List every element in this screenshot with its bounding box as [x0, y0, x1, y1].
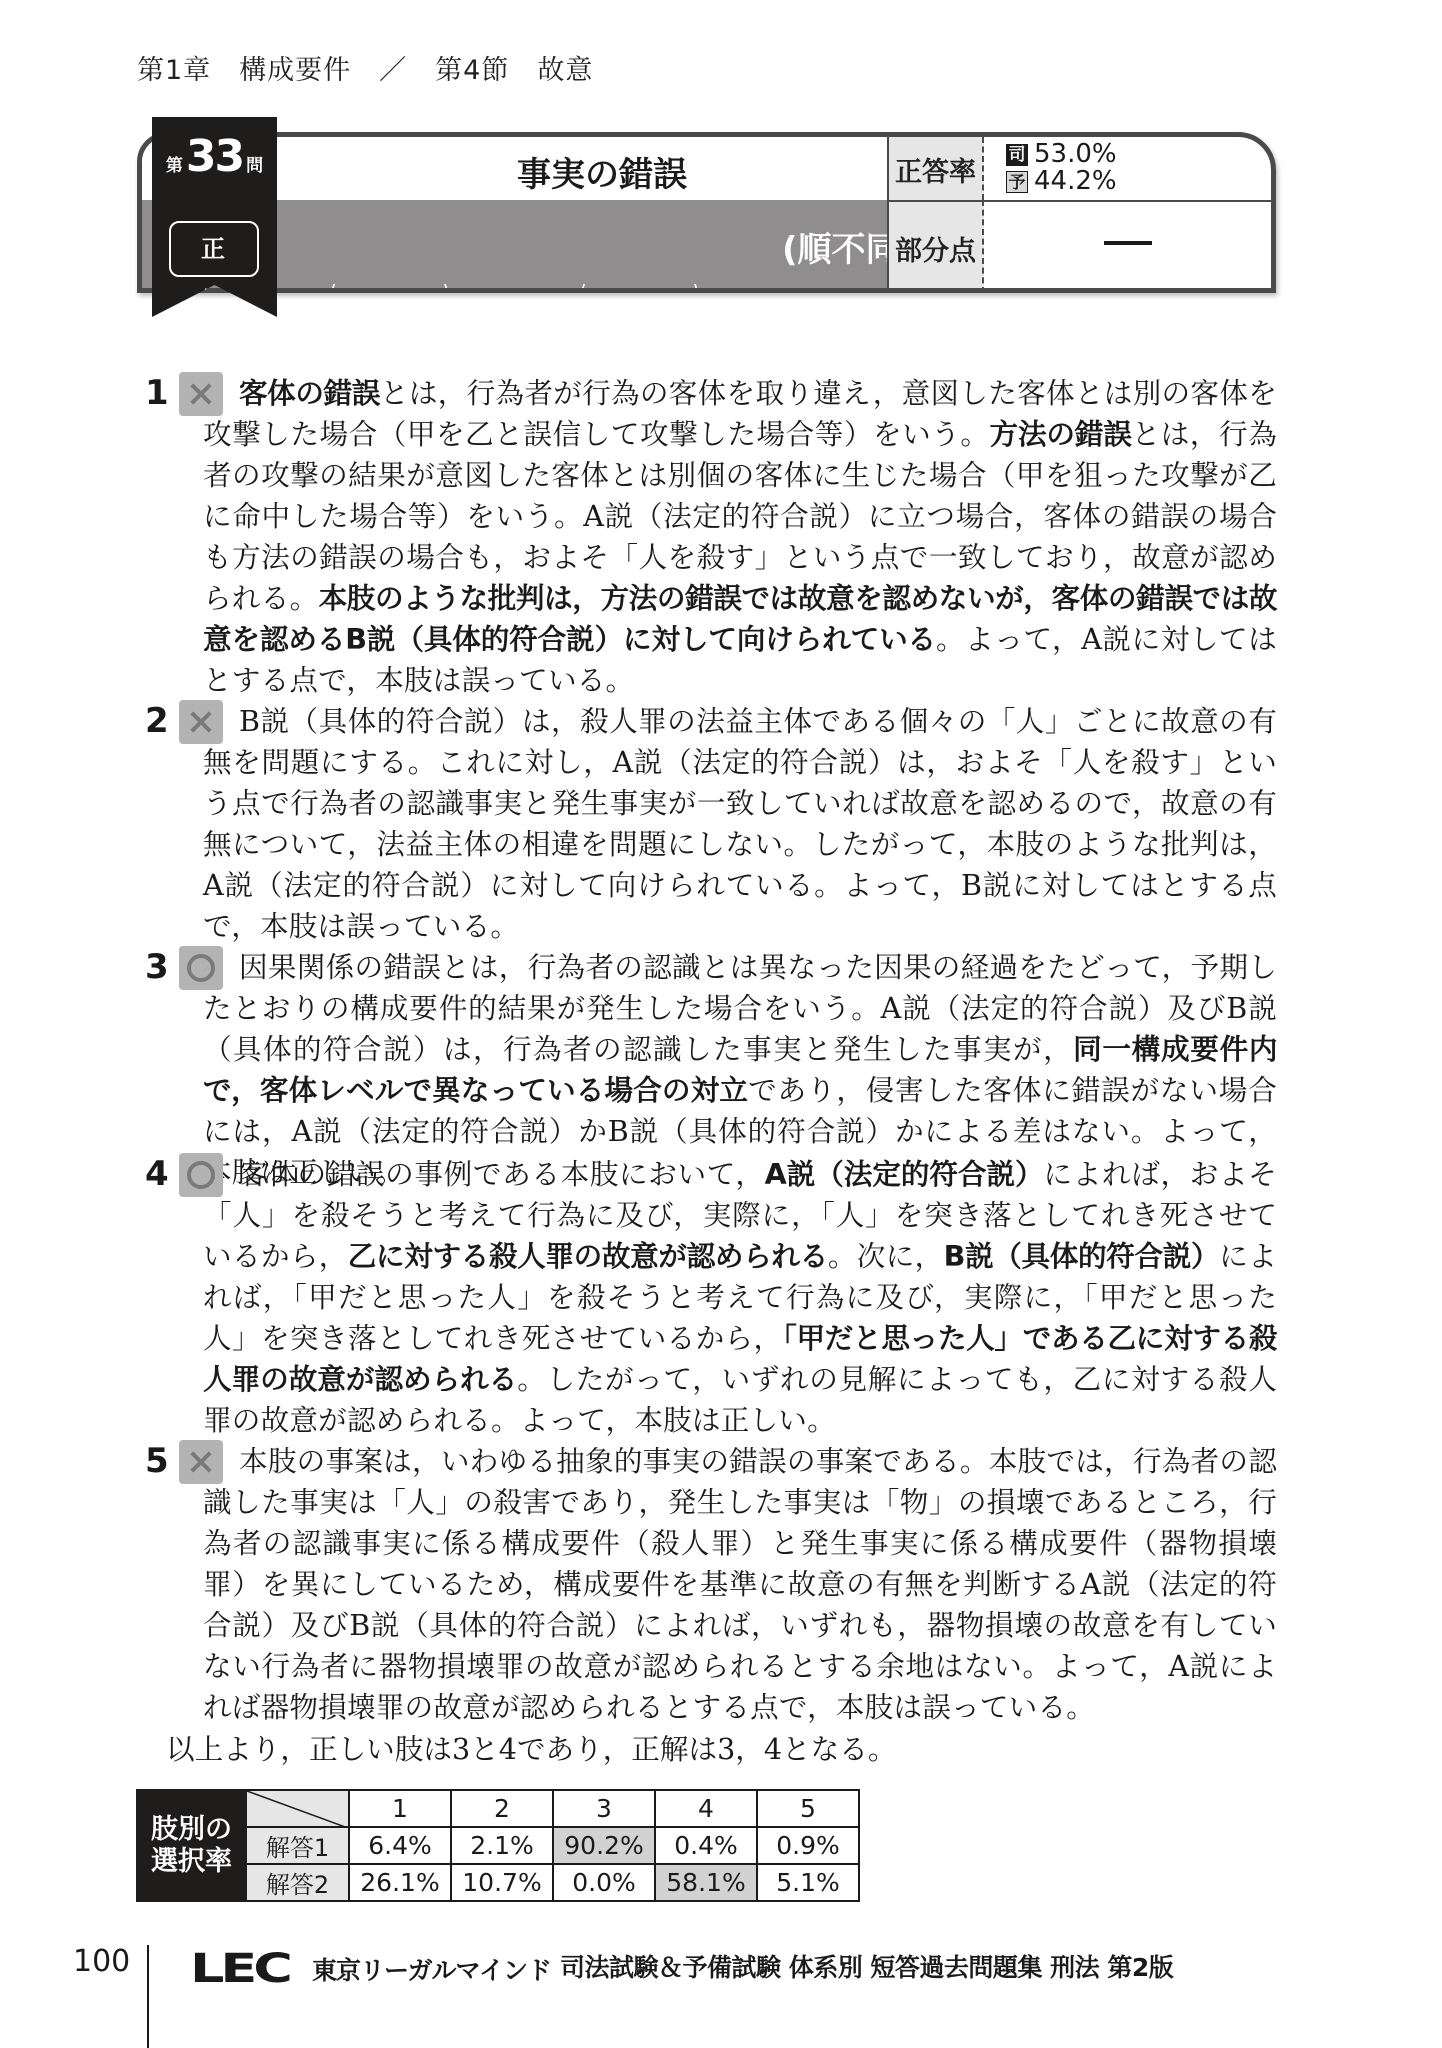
answer-rates: 司58.1% 予51.4%: [590, 285, 689, 293]
item-text: 客体の錯誤とは，行為者が行為の客体を取り違え，意図した客体とは別の客体を攻撃した…: [203, 373, 1277, 701]
lec-logo-icon: LEC: [190, 1946, 349, 1992]
explanation-item-2: 2 B説（具体的符合説）は，殺人罪の法益主体である個々の「人」ごとに故意の有無を…: [137, 701, 1277, 947]
answer-number: 3: [292, 287, 323, 294]
accuracy-rates: 司53.0% 予44.2%: [1006, 141, 1117, 195]
conclusion-text: 以上より，正しい肢は3と4であり，正解は3，4となる。: [166, 1729, 896, 1770]
partial-label-cell: 部分点: [887, 200, 984, 293]
table-cell: 5.1%: [757, 1864, 859, 1901]
circle-icon: [179, 946, 223, 990]
accuracy-shiho: 53.0%: [1034, 139, 1117, 169]
dash-icon: [1104, 241, 1152, 245]
item-text: 本肢の事案は，いわゆる抽象的事実の錯誤の事案である。本肢では，行為者の認識した事…: [203, 1441, 1277, 1728]
table-cell-highlighted: 90.2%: [553, 1827, 655, 1864]
explanation-item-5: 5 本肢の事案は，いわゆる抽象的事実の錯誤の事案である。本肢では，行為者の認識し…: [137, 1441, 1277, 1728]
item-number: 3: [145, 947, 169, 988]
table-row: 解答1 6.4% 2.1% 90.2% 0.4% 0.9%: [137, 1827, 859, 1864]
partial-value: [984, 230, 1271, 249]
chapter-heading: 第1章 構成要件 ／ 第4節 故意: [137, 48, 593, 87]
answer-choice-4: 4 ( 司58.1% 予51.4% ): [542, 277, 706, 293]
circle-icon: [179, 1153, 223, 1197]
row-label: 解答2: [246, 1864, 349, 1901]
shiho-badge: 司: [1006, 144, 1028, 166]
column-header: 4: [655, 1790, 757, 1827]
diagonal-line-icon: [247, 1791, 348, 1828]
correct-answer-badge: 正 解: [169, 221, 259, 277]
answer-rates: 司90.2% 予83.4%: [340, 285, 439, 293]
shiho-rate: 90.2%: [363, 284, 439, 293]
publisher-logo: LEC 東京リーガルマインド: [190, 1946, 551, 1992]
accuracy-label: 正答率: [889, 150, 982, 189]
table-cell: 0.0%: [553, 1864, 655, 1901]
accuracy-yobi: 44.2%: [1034, 166, 1117, 196]
column-header: 5: [757, 1790, 859, 1827]
partial-value-cell: [984, 200, 1271, 293]
table-cell: 6.4%: [349, 1827, 451, 1864]
selection-rate-table: 肢別の 選択率 1 2 3 4 5 解答1 6.4% 2.1% 90.2% 0.…: [136, 1789, 860, 1902]
footer-divider: [147, 1945, 149, 2048]
accuracy-label-cell: 正答率: [887, 137, 984, 200]
question-title: 事実の錯誤: [392, 147, 812, 196]
shiho-badge: 司: [340, 289, 360, 293]
table-cell: 26.1%: [349, 1864, 451, 1901]
item-number: 1: [145, 373, 169, 414]
corner-cell: [246, 1790, 349, 1827]
table-cell: 10.7%: [451, 1864, 553, 1901]
cross-icon: [179, 1440, 223, 1484]
column-header: 1: [349, 1790, 451, 1827]
table-cell: 2.1%: [451, 1827, 553, 1864]
question-number: 第33問: [152, 131, 277, 182]
item-text: B説（具体的符合説）は，殺人罪の法益主体である個々の「人」ごとに故意の有無を問題…: [203, 701, 1277, 947]
table-cell-highlighted: 58.1%: [655, 1864, 757, 1901]
table-header-row: 肢別の 選択率 1 2 3 4 5: [137, 1790, 859, 1827]
table-title: 肢別の 選択率: [137, 1790, 246, 1901]
answer-choice-3: 3 ( 司90.2% 予83.4% ): [292, 277, 456, 293]
shiho-badge: 司: [590, 289, 610, 293]
item-number: 4: [145, 1154, 169, 1195]
explanation-item-4: 4 客体の錯誤の事例である本肢において，A説（法定的符合説）によれば，およそ「人…: [137, 1154, 1277, 1441]
question-summary-box: 事実の錯誤 3 ( 司90.2% 予83.4% ) 4 ( 司58.1% 予51…: [137, 132, 1276, 293]
column-header: 2: [451, 1790, 553, 1827]
explanation-item-1: 1 客体の錯誤とは，行為者が行為の客体を取り違え，意図した客体とは別の客体を攻撃…: [137, 373, 1277, 701]
table-cell: 0.4%: [655, 1827, 757, 1864]
accuracy-value-cell: 司53.0% 予44.2%: [984, 137, 1271, 200]
item-number: 5: [145, 1441, 169, 1482]
partial-label: 部分点: [889, 229, 982, 268]
column-header: 3: [553, 1790, 655, 1827]
book-title: 司法試験＆予備試験 体系別 短答過去問題集 刑法 第2版: [560, 1948, 1173, 1984]
table-row: 解答2 26.1% 10.7% 0.0% 58.1% 5.1%: [137, 1864, 859, 1901]
table-cell: 0.9%: [757, 1827, 859, 1864]
item-number: 2: [145, 701, 169, 742]
cross-icon: [179, 700, 223, 744]
yobi-badge: 予: [1006, 171, 1028, 193]
cross-icon: [179, 372, 223, 416]
item-text: 客体の錯誤の事例である本肢において，A説（法定的符合説）によれば，およそ「人」を…: [203, 1154, 1277, 1441]
page-number: 100: [73, 1944, 130, 1979]
row-label: 解答1: [246, 1827, 349, 1864]
shiho-rate: 58.1%: [613, 284, 689, 293]
answer-number: 4: [542, 287, 573, 294]
